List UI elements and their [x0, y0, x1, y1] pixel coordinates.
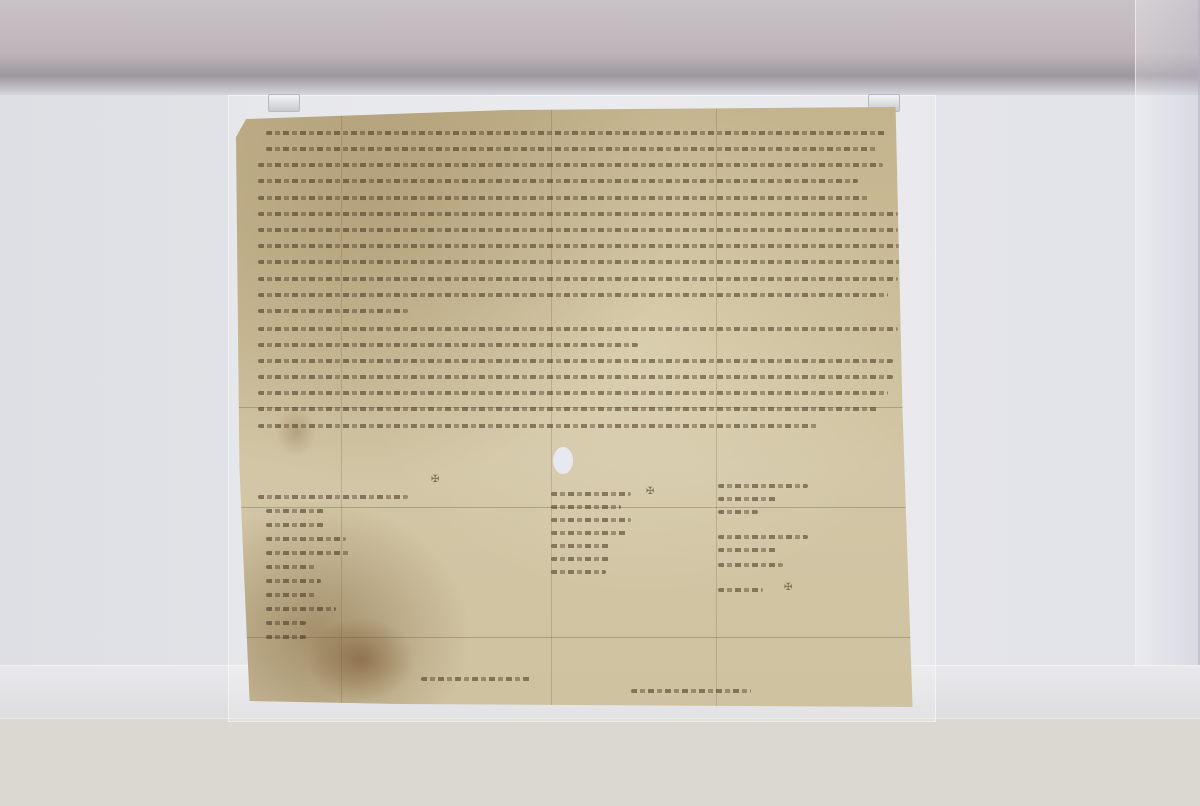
water-stain	[306, 617, 416, 702]
seal-hole	[553, 447, 573, 474]
display-base	[0, 718, 1200, 806]
monogram-icon: ✠	[431, 475, 441, 485]
acrylic-case-edge	[1135, 0, 1200, 720]
endorsement-text	[631, 689, 751, 693]
signum-cross-icon: ✠	[784, 583, 794, 593]
background-wall-upper	[0, 0, 1200, 95]
monogram-icon: ✠	[646, 487, 656, 497]
parchment-charter: ✠ ✠ ✠	[236, 107, 916, 707]
endorsement-text	[421, 677, 531, 681]
mount-clip-left	[268, 94, 300, 112]
water-stain	[276, 407, 316, 457]
